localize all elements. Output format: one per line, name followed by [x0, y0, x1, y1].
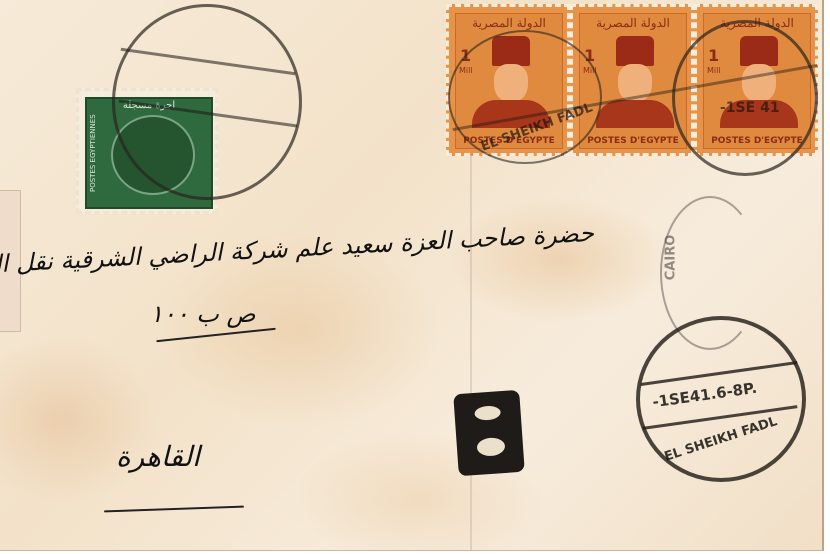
postmark-date: -1SE 41 [720, 100, 780, 116]
transit-place: CAIRO [663, 235, 678, 281]
city: القاهرة [116, 440, 200, 473]
fold-crease [470, 150, 472, 550]
stamp-arabic-header: الدولة المصرية [580, 16, 686, 30]
address-line: حضرة صاحب العزة سعيد علم شركة الراضي الش… [0, 219, 594, 281]
postmark-on-stamps-left [448, 30, 602, 164]
stamp-side-text: POSTES EGYPTIENNES [89, 103, 103, 203]
city-underline [104, 506, 244, 513]
stamp-inscription: POSTES D'EGYPTE [580, 136, 686, 146]
portrait-fez [616, 36, 654, 66]
postmark-on-stamps-right [672, 20, 818, 176]
envelope: اجرة مسجلة POSTES EGYPTIENNES الدولة الم… [0, 0, 824, 551]
ink-handstamp [453, 390, 525, 476]
stamp-arabic-header: الدولة المصرية [456, 16, 562, 30]
po-box-underline [156, 328, 276, 343]
po-box: ص ب ١٠٠ [150, 300, 256, 328]
portrait-body [596, 100, 674, 128]
